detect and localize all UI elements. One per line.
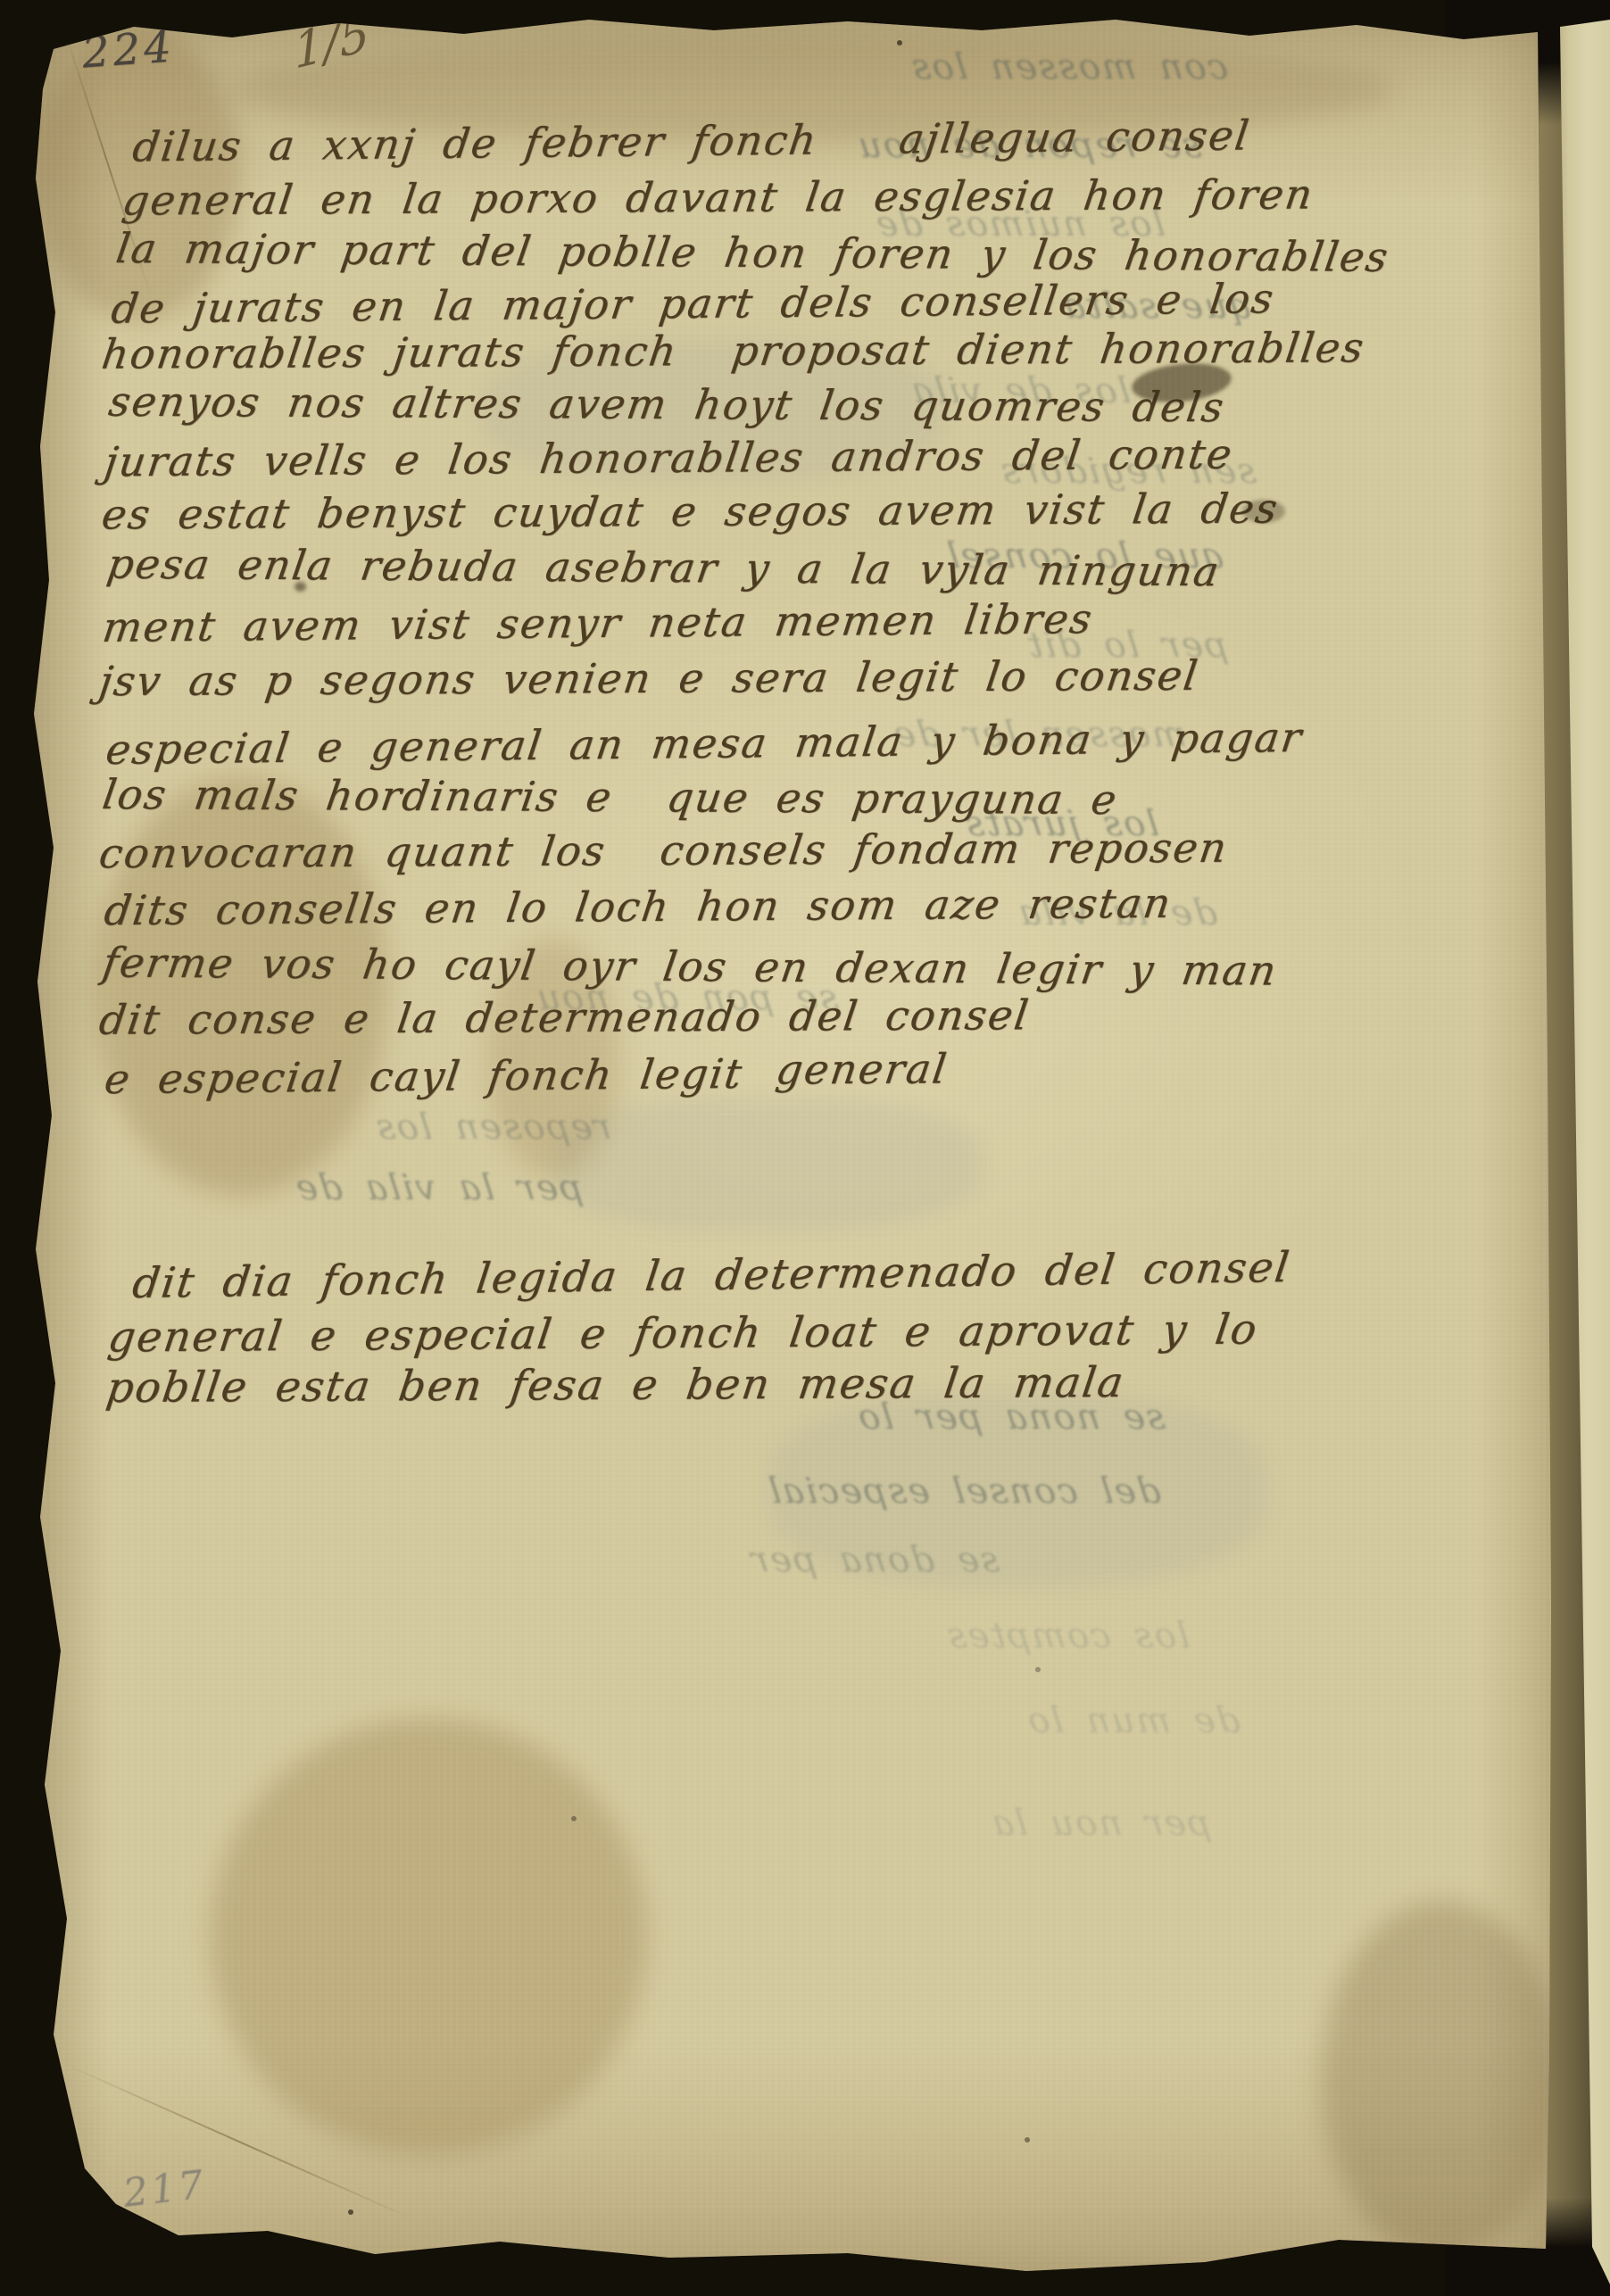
crease-bottom-left <box>65 2064 417 2222</box>
gray-wash-2 <box>553 1098 982 1231</box>
manuscript-line: general en la porxo davant la esglesia h… <box>120 174 1316 221</box>
ghost-text-line: se dona per <box>747 1539 1001 1580</box>
manuscript-line: la major part del poblle hon foren y los… <box>113 228 1391 278</box>
manuscript-line-offset-word: general <box>774 1048 950 1090</box>
fly-speck <box>348 2209 353 2215</box>
fly-speck <box>1035 1667 1041 1672</box>
manuscript-line: senyos nos altres avem hoyt los quomres … <box>106 381 1227 428</box>
gray-wash-3 <box>768 1392 1267 1588</box>
manuscript-page: con mossen los se repon de nou los nuimo… <box>0 0 1571 2296</box>
ghost-text-line: con mossen los <box>908 46 1230 87</box>
fly-speck <box>571 1816 577 1821</box>
folio-number: 224 <box>80 21 176 78</box>
ghost-text-line: per nou la <box>988 1803 1213 1844</box>
ghost-text-line: reposen los <box>372 1107 613 1148</box>
ghost-text-line: de mun lo <box>1024 1700 1242 1741</box>
manuscript-line: ferme vos ho cayl oyr los en dexan legir… <box>100 941 1280 991</box>
manuscript-line: dit conse e la determenado del consel <box>97 994 1033 1040</box>
stain-bottom-right <box>1321 1901 1562 2258</box>
fly-speck <box>1025 2137 1030 2143</box>
manuscript-line: general e especial e fonch loat e aprova… <box>105 1310 1260 1359</box>
manuscript-line: los mals hordinaris e que es prayguna e <box>100 774 1121 820</box>
manuscript-line: de jurats en la major part dels conselle… <box>109 278 1277 328</box>
fly-speck <box>897 40 902 46</box>
manuscript-line: poblle esta ben fesa e ben mesa la mala <box>104 1363 1126 1409</box>
ghost-text-line: per la vila de <box>292 1167 585 1208</box>
manuscript-line: convocaran quant los consels fondam repo… <box>96 827 1230 874</box>
folio-mark: 1/5 <box>292 4 371 80</box>
manuscript-line: e especial cayl fonch legit <box>103 1053 746 1099</box>
manuscript-line: especial e general an mesa mala y bona y… <box>104 717 1305 770</box>
pencil-number: 217 <box>120 2162 209 2217</box>
manuscript-line: dilus a xxnj de febrer fonch ajllegua co… <box>130 114 1252 167</box>
ghost-text-line: los comptes <box>943 1615 1191 1656</box>
manuscript-line: ment avem vist senyr neta memen libres <box>100 598 1095 648</box>
manuscript-line: es estat benyst cuydat e segos avem vist… <box>99 488 1281 535</box>
manuscript-line: jurats vells e los honorablles andros de… <box>102 434 1235 483</box>
manuscript-line: dits consells en lo loch hon som aze res… <box>102 883 1174 931</box>
manuscript-line: jsv as p segons venien e sera legit lo c… <box>96 655 1201 701</box>
manuscript-line: honorablles jurats fonch proposat dient … <box>99 327 1367 374</box>
manuscript-line: pesa enla rebuda asebrar y a la vyla nin… <box>104 543 1223 593</box>
ghost-text-line: del consel especial <box>765 1471 1163 1512</box>
manuscript-scan: con mossen los se repon de nou los nuimo… <box>0 0 1610 2296</box>
stain-bottom-center <box>210 1718 647 2155</box>
manuscript-line: dit dia fonch legida la determenado del … <box>130 1247 1293 1305</box>
